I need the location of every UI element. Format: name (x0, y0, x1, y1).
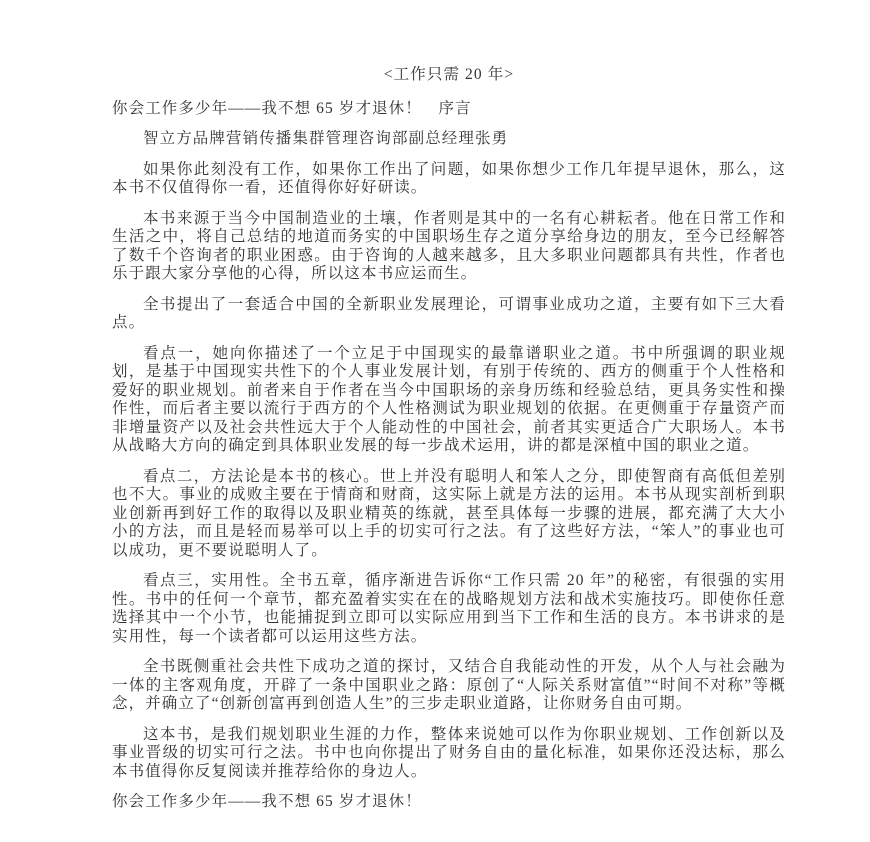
paragraph-1: 如果你此刻没有工作，如果你工作出了问题，如果你想少工作几年提早退休，那么，这本书… (112, 161, 786, 198)
paragraph-4: 看点一，她向你描述了一个立足于中国现实的最靠谱职业之道。书中所强调的职业规划，是… (112, 345, 786, 456)
paragraph-7: 全书既侧重社会共性下成功之道的探讨，又结合自我能动性的开发，从个人与社会融为一体… (112, 658, 786, 714)
document-closing: 你会工作多少年——我不想 65 岁才退休！ (112, 793, 786, 812)
document-subtitle: 你会工作多少年——我不想 65 岁才退休！ 序言 (112, 100, 786, 119)
paragraph-8: 这本书，是我们规划职业生涯的力作，整体来说她可以作为你职业规划、工作创新以及事业… (112, 726, 786, 782)
document-page: <工作只需 20 年> 你会工作多少年——我不想 65 岁才退休！ 序言 智立方… (0, 0, 870, 842)
paragraph-3: 全书提出了一套适合中国的全新职业发展理论，可谓事业成功之道，主要有如下三大看点。 (112, 296, 786, 333)
document-byline: 智立方品牌营销传播集群管理咨询部副总经理张勇 (112, 130, 786, 149)
document-title: <工作只需 20 年> (112, 66, 786, 85)
paragraph-2: 本书来源于当今中国制造业的土壤，作者则是其中的一名有心耕耘者。他在日常工作和生活… (112, 210, 786, 284)
paragraph-6: 看点三，实用性。全书五章，循序渐进告诉你“工作只需 20 年”的秘密，有很强的实… (112, 572, 786, 646)
paragraph-5: 看点二，方法论是本书的核心。世上并没有聪明人和笨人之分，即使智商有高低但差别也不… (112, 468, 786, 561)
